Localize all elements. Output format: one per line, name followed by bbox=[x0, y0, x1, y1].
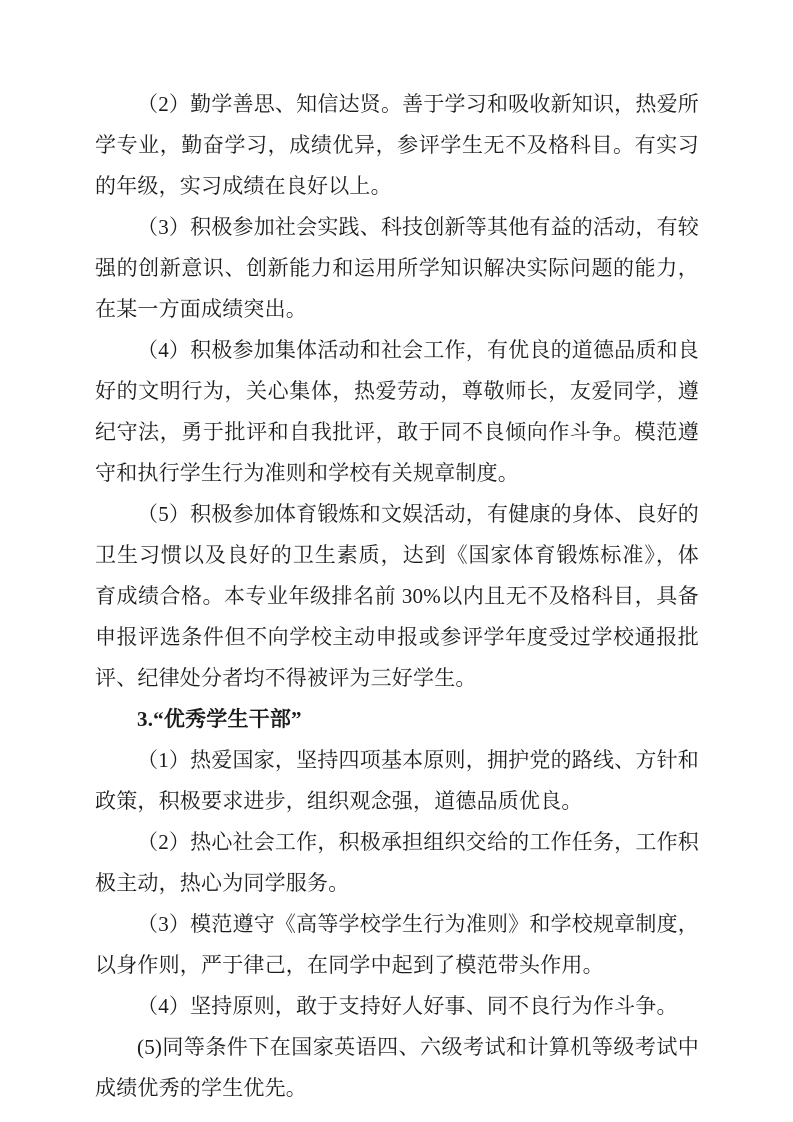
paragraph-cadre-item-2: （2）热心社会工作，积极承担组织交给的工作任务，工作积极主动，热心为同学服务。 bbox=[95, 822, 699, 904]
paragraph-cadre-item-5: (5)同等条件下在国家英语四、六级考试和计算机等级考试中成绩优秀的学生优先。 bbox=[95, 1027, 699, 1109]
paragraph-three-good-item-3: （3）积极参加社会实践、科技创新等其他有益的活动，有较强的创新意识、创新能力和运… bbox=[95, 207, 699, 330]
heading-outstanding-student-cadre: 3.“优秀学生干部” bbox=[95, 699, 699, 740]
paragraph-three-good-item-2: （2）勤学善思、知信达贤。善于学习和吸收新知识，热爱所学专业，勤奋学习，成绩优异… bbox=[95, 84, 699, 207]
document-page: （2）勤学善思、知信达贤。善于学习和吸收新知识，热爱所学专业，勤奋学习，成绩优异… bbox=[0, 0, 793, 1122]
paragraph-cadre-item-1: （1）热爱国家，坚持四项基本原则，拥护党的路线、方针和政策，积极要求进步，组织观… bbox=[95, 740, 699, 822]
paragraph-three-good-item-4: （4）积极参加集体活动和社会工作，有优良的道德品质和良好的文明行为，关心集体，热… bbox=[95, 330, 699, 494]
paragraph-cadre-item-4: （4）坚持原则，敢于支持好人好事、同不良行为作斗争。 bbox=[95, 986, 699, 1027]
paragraph-cadre-item-3: （3）模范遵守《高等学校学生行为准则》和学校规章制度，以身作则，严于律己，在同学… bbox=[95, 904, 699, 986]
paragraph-three-good-item-5: （5）积极参加体育锻炼和文娱活动，有健康的身体、良好的卫生习惯以及良好的卫生素质… bbox=[95, 494, 699, 699]
document-body: （2）勤学善思、知信达贤。善于学习和吸收新知识，热爱所学专业，勤奋学习，成绩优异… bbox=[95, 84, 699, 1109]
